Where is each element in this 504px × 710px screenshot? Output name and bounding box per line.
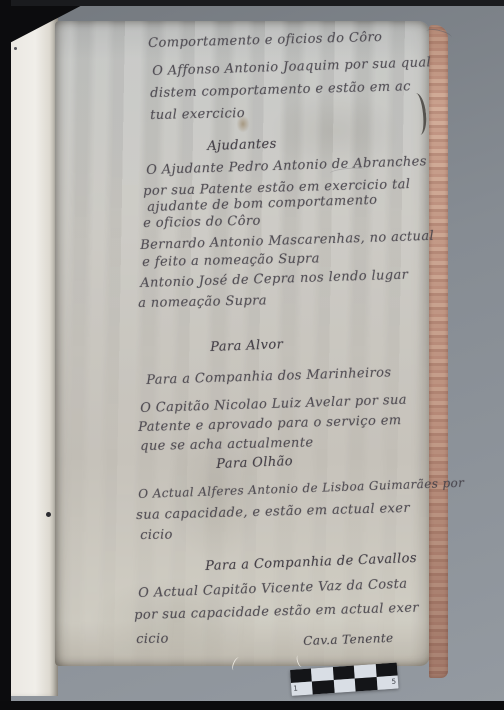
scale-cell bbox=[355, 677, 377, 691]
scale-label-right: 5 bbox=[391, 677, 396, 687]
flyleaf-page-edge bbox=[11, 8, 58, 696]
photo-edge-top bbox=[0, 0, 504, 6]
scale-label-left: 1 bbox=[293, 684, 298, 694]
manuscript-photo: Comportamento e oficios do CôroO Affonso… bbox=[0, 0, 504, 710]
manuscript-page bbox=[55, 21, 430, 666]
scale-cell: 1 bbox=[291, 681, 313, 695]
scale-cell bbox=[334, 678, 356, 692]
scale-cell bbox=[312, 680, 334, 694]
photo-edge-left bbox=[0, 0, 11, 710]
scale-cell: 5 bbox=[376, 676, 398, 690]
photo-edge-bottom bbox=[0, 701, 504, 710]
photo-scale-bar: 15 bbox=[290, 663, 399, 696]
paper-wrinkles bbox=[55, 21, 430, 666]
binding-hole bbox=[46, 512, 51, 517]
book-fore-edge bbox=[429, 25, 448, 678]
ink-speck bbox=[14, 47, 17, 50]
